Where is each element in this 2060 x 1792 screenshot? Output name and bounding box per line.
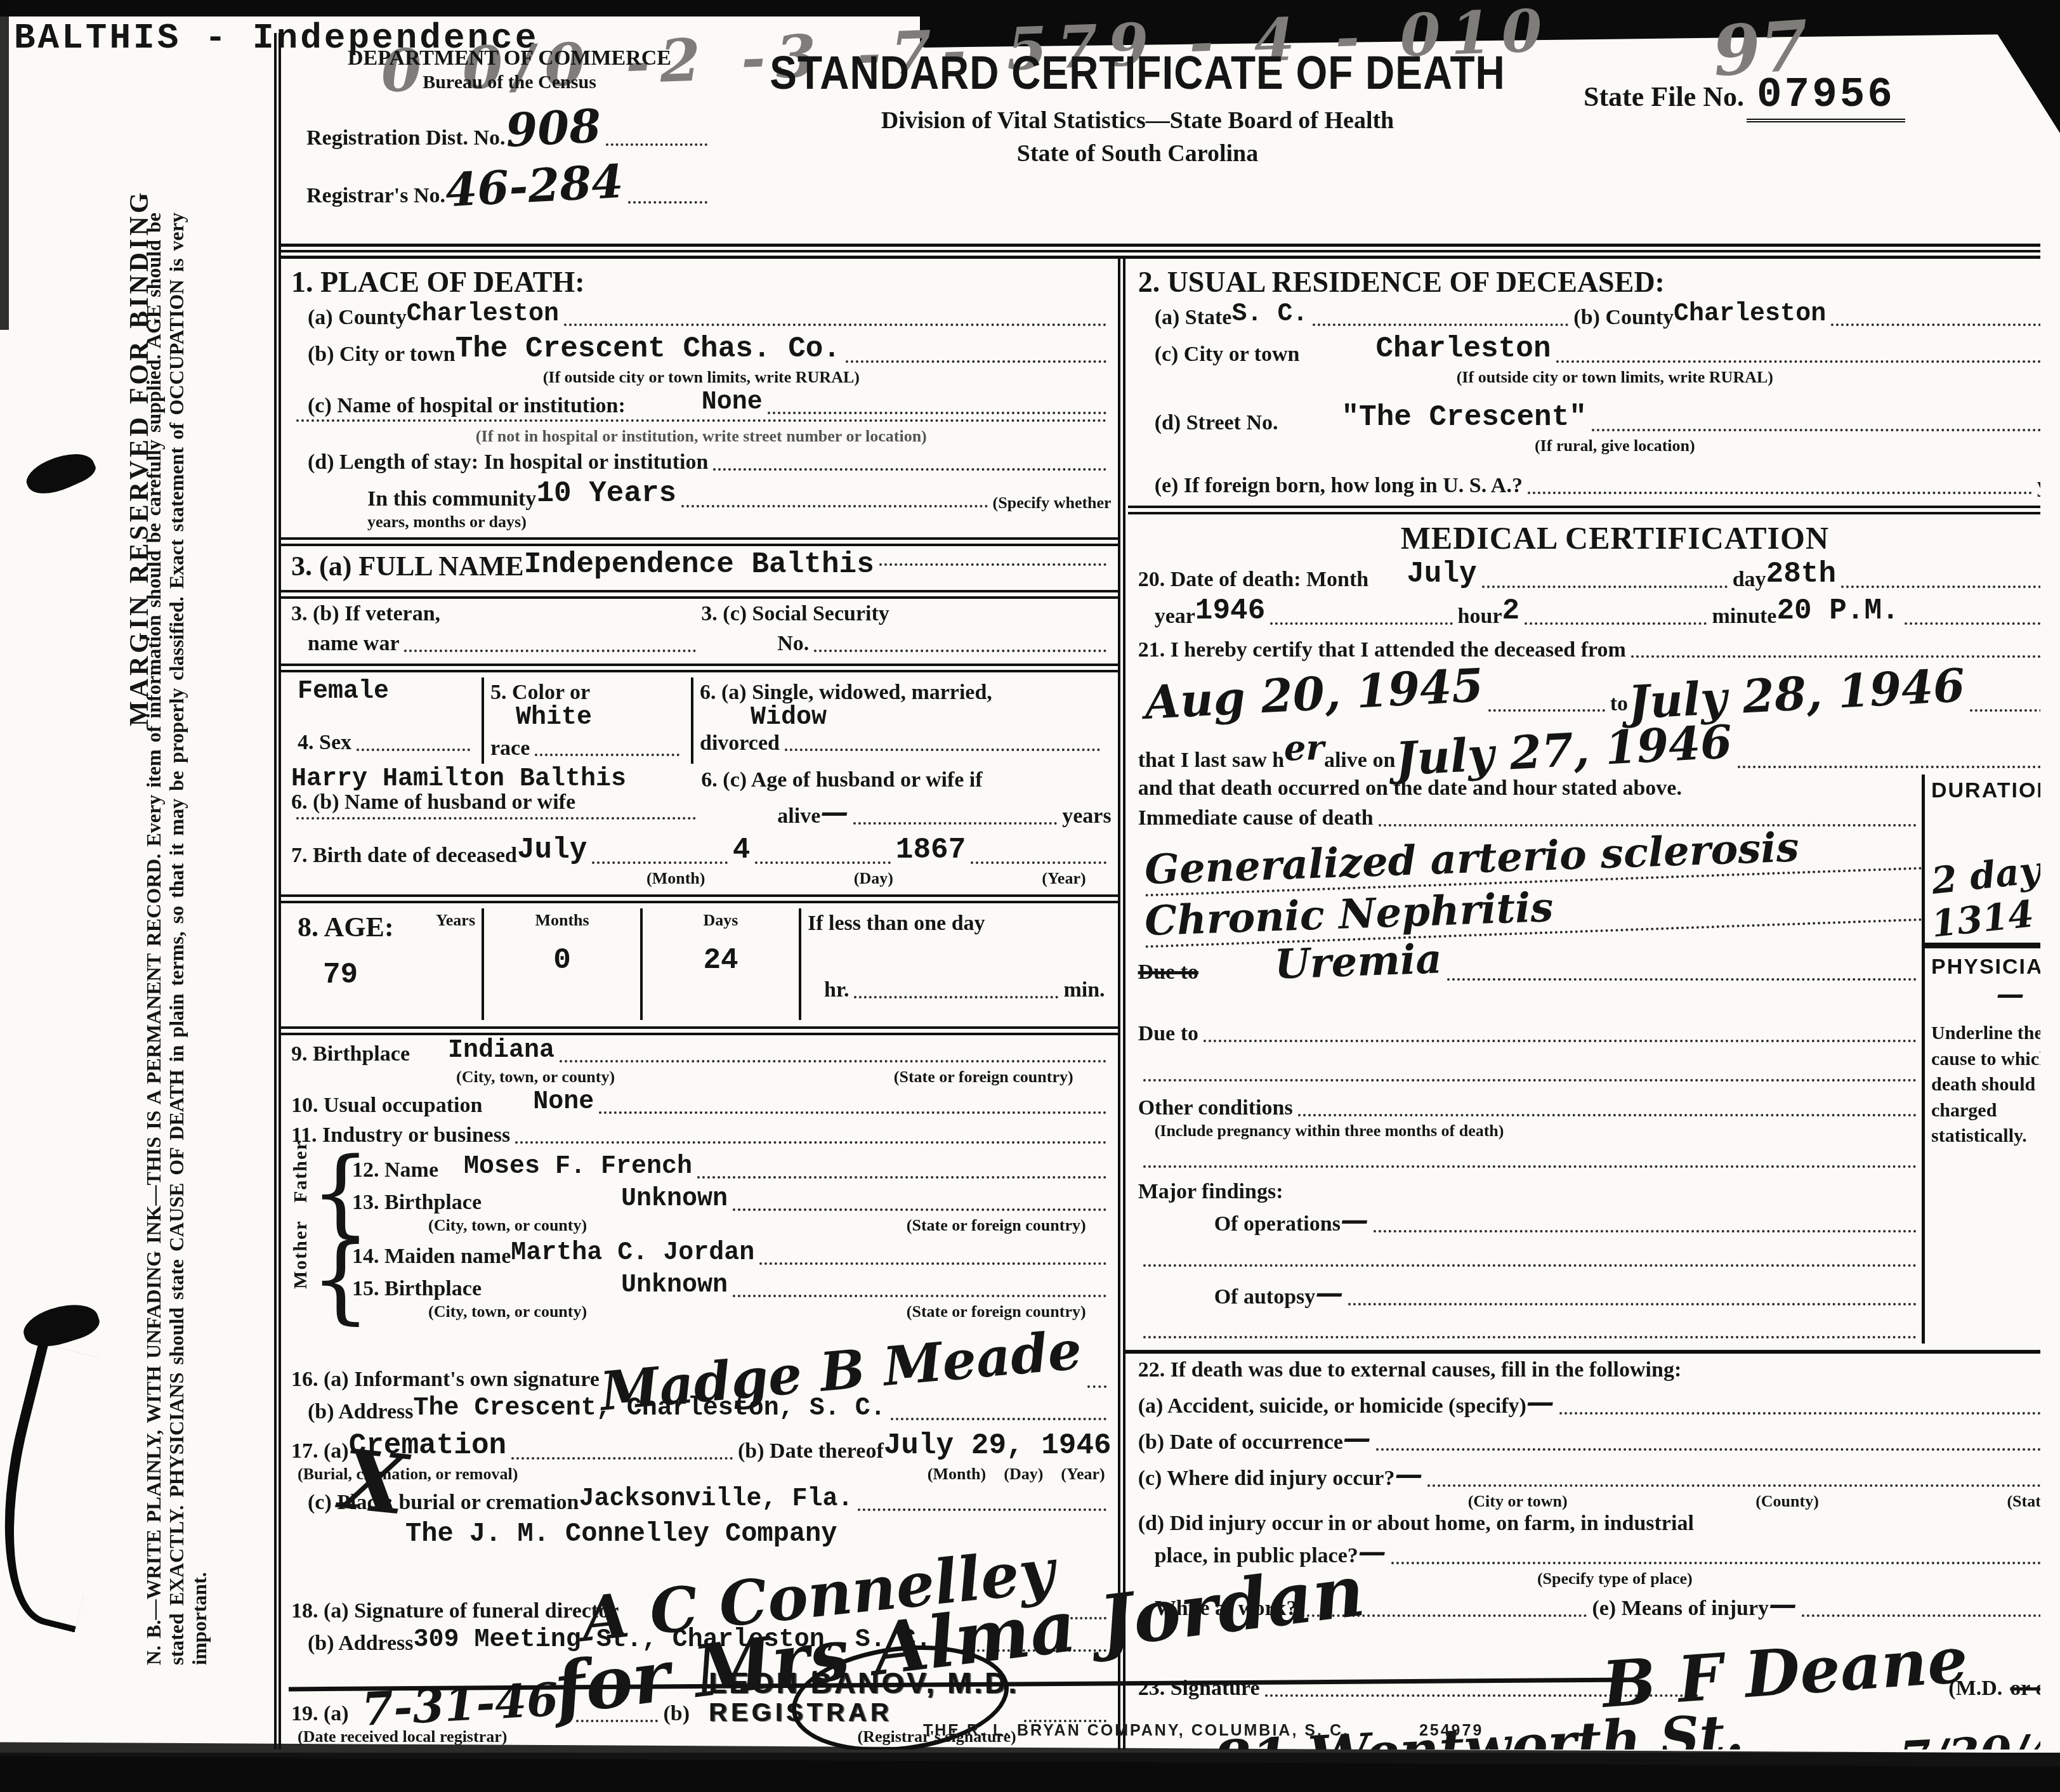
mother-name-value: Martha C. Jordan: [511, 1239, 754, 1267]
mother-bp-note-2: (State or foreign country): [907, 1302, 1086, 1321]
marital-value: Widow: [751, 703, 827, 732]
state-file-block: State File No. 07956: [1584, 71, 2028, 119]
disp-year-note: (Year): [1061, 1465, 1105, 1483]
age-months-value: 0: [490, 944, 634, 977]
age-years-value: 79: [323, 958, 475, 991]
res-state-label: (a) State: [1155, 305, 1232, 331]
veteran-label: 3. (b) If veteran,: [291, 601, 701, 627]
rule: [281, 1026, 1118, 1035]
rule: [281, 537, 1118, 546]
margin-nb-note: N. B.—WRITE PLAINLY, WITH UNFADING INK—T…: [142, 213, 211, 1665]
medical-certification-title: MEDICAL CERTIFICATION: [1138, 520, 2040, 556]
occurrence-date-label: (b) Date of occurrence: [1138, 1430, 1343, 1456]
color-label-1: 5. Color or: [490, 680, 685, 706]
certificate-form: DEPARTMENT OF COMMERCE Bureau of the Cen…: [274, 33, 2040, 1749]
disp-day-note: (Day): [1004, 1465, 1043, 1483]
res-street-value: "The Crescent": [1341, 401, 1586, 434]
rule: [281, 894, 1118, 903]
birthdate-month: July: [517, 834, 587, 867]
color-label-2: race: [490, 736, 530, 762]
birthdate-year: 1867: [896, 834, 966, 867]
age-days-value: 24: [649, 944, 792, 977]
ink-blot: [22, 444, 99, 502]
husband-block: Harry Hamilton Balthis 6. (b) Name of hu…: [291, 768, 701, 830]
physician-signature-value: B F Deane: [1599, 1622, 1969, 1722]
received-label: 19. (a): [291, 1701, 349, 1727]
marital-cell: 6. (a) Single, widowed, married, Widow d…: [691, 677, 1112, 764]
color-cell: 5. Color or White race: [482, 677, 691, 764]
last-saw-label-1: that I last saw h: [1138, 748, 1284, 774]
disposition-date-value: July 29, 1946: [884, 1429, 1112, 1462]
father-name-value: Moses F. French: [464, 1153, 692, 1181]
birthplace-note-2: (State or foreign country): [894, 1068, 1073, 1087]
injury-where-dash: —: [1394, 1458, 1422, 1491]
printer-credit-text: THE R. L. BRYAN COMPANY, COLUMBIA, S. C.: [923, 1722, 1349, 1739]
division-line: Division of Vital Statistics—State Board…: [725, 107, 1550, 134]
means-dash: —: [1769, 1588, 1797, 1621]
injury-where-label: (c) Where did injury occur?: [1138, 1466, 1395, 1492]
rule: [281, 590, 1118, 599]
hr-label: hr.: [824, 978, 849, 1004]
father-bp-note-1: (City, town, or county): [428, 1216, 587, 1235]
veteran-war-label: name war: [308, 631, 399, 657]
veteran-block: 3. (b) If veteran, name war: [291, 601, 701, 657]
full-name-label: 3. (a) FULL NAME: [291, 550, 524, 584]
month-note: (Month): [646, 869, 705, 888]
header-title-block: STANDARD CERTIFICATE OF DEATH Division o…: [725, 49, 1550, 167]
sex-value: Female: [298, 677, 389, 706]
specify-note: (Specify whether: [993, 494, 1112, 513]
mother-label: Mother: [290, 1270, 312, 1289]
city-label: (b) City or town: [308, 342, 456, 368]
injury-city-note: (City or town): [1468, 1492, 1568, 1511]
community-value: 10 Years: [536, 477, 676, 510]
father-bp-note-2: (State or foreign country): [907, 1216, 1086, 1235]
units-note: years, months or days): [367, 513, 527, 532]
father-label: Father: [290, 1184, 312, 1203]
marital-label-1: 6. (a) Single, widowed, married,: [700, 680, 1105, 706]
father-birthplace-value: Unknown: [621, 1185, 728, 1213]
last-saw-er: er: [1284, 728, 1324, 768]
operations-label: Of operations: [1214, 1212, 1341, 1238]
birthdate-label: 7. Birth date of deceased: [291, 843, 517, 869]
date-signed-value: 7/30/46: [1898, 1721, 2040, 1749]
community-label: In this community: [367, 487, 536, 513]
age-months-label: Months: [490, 911, 634, 930]
age-years-label: Years: [436, 911, 475, 930]
mother-birthplace-value: Unknown: [621, 1271, 728, 1300]
registration-district-label: Registration Dist. No.: [306, 126, 506, 152]
immediate-cause-label: Immediate cause of death: [1138, 806, 1374, 832]
mother-block: Mother{ 14. Maiden nameMartha C. Jordan …: [291, 1238, 1112, 1321]
funeral-director-label: 18. (a) Signature of funeral director: [291, 1599, 619, 1625]
duration-physician-column: DURATION 2 days 1314 PHYSICIAN — Underli…: [1922, 775, 2040, 1344]
alive-label: alive: [777, 804, 820, 830]
cause-of-death-block: and that death occurred on the date and …: [1138, 775, 1922, 1344]
day-note: (Day): [854, 869, 893, 888]
pregnancy-note: (Include pregnancy within three months o…: [1155, 1122, 1922, 1141]
res-city-label: (c) City or town: [1155, 342, 1300, 368]
color-value: White: [516, 703, 592, 732]
printer-credit-number: 254979: [1419, 1722, 1483, 1739]
res-street-label: (d) Street No.: [1155, 410, 1278, 436]
department-line: DEPARTMENT OF COMMERCE: [306, 46, 712, 72]
place-of-death-title: 1. PLACE OF DEATH:: [291, 265, 1112, 299]
autopsy-dash: —: [1315, 1277, 1343, 1309]
state-file-label: State File No.: [1584, 81, 1744, 112]
occupation-label: 10. Usual occupation: [291, 1093, 482, 1119]
underline-instruction: Underline the cause to which death shoul…: [1931, 1021, 2040, 1149]
registration-district-value: 908: [504, 98, 602, 157]
res-location-note: (If rural, give location): [1535, 436, 1695, 455]
father-block: Father{ 12. NameMoses F. French 13. Birt…: [291, 1151, 1112, 1235]
disposition-label: 17. (a): [291, 1439, 349, 1465]
autopsy-label: Of autopsy: [1214, 1285, 1316, 1311]
father-name-label: 12. Name: [352, 1158, 438, 1184]
registration-district-row: Registration Dist. No. 908: [306, 97, 712, 151]
rule: [1125, 1350, 2040, 1354]
burial-place-value: Jacksonville, Fla.: [579, 1485, 853, 1514]
death-year-label: year: [1155, 604, 1195, 630]
birthdate-day: 4: [733, 834, 751, 867]
header-rule: [281, 244, 2040, 259]
injury-state-note: (State): [2007, 1492, 2040, 1511]
mother-birthplace-label: 15. Birthplace: [352, 1276, 482, 1302]
injury-home-label-1: (d) Did injury occur in or about home, o…: [1138, 1511, 2040, 1537]
accident-label: (a) Accident, suicide, or homicide (spec…: [1138, 1394, 1526, 1420]
to-word: to: [1610, 691, 1628, 717]
received-date-value: 7-31-46: [360, 1671, 560, 1736]
ssn-block: 3. (c) Social Security No.: [701, 601, 1111, 657]
birthplace-label: 9. Birthplace: [291, 1042, 410, 1068]
death-minute-label: minute: [1712, 604, 1776, 630]
state-file-value: 07956: [1747, 71, 1905, 122]
hospital-value: None: [702, 388, 763, 417]
city-value: The Crescent Chas. Co.: [456, 332, 841, 365]
years-suffix: years: [1062, 804, 1111, 830]
less-than-day-label: If less than one day: [808, 911, 1105, 937]
age-days-label: Days: [649, 911, 792, 930]
ssn-no-label: No.: [777, 631, 809, 657]
accident-dash: —: [1526, 1386, 1554, 1418]
birthplace-value: Indiana: [448, 1037, 554, 1065]
street-note: (If not in hospital or institution, writ…: [476, 427, 927, 446]
informant-address-label: (b) Address: [308, 1399, 414, 1425]
place-type-note: (Specify type of place): [1537, 1569, 1693, 1588]
disposition-date-label: (b) Date thereof: [738, 1439, 884, 1465]
age-months-cell: Months 0: [482, 908, 640, 1020]
husband-label: 6. (b) Name of husband or wife: [291, 790, 575, 816]
death-hour-label: hour: [1458, 604, 1502, 630]
age-days-cell: Days 24: [640, 908, 799, 1020]
physician-dash: —: [1931, 978, 2040, 1010]
age-label: 8. AGE:: [298, 911, 394, 945]
injury-county-note: (County): [1755, 1492, 1819, 1511]
year-note: (Year): [1042, 869, 1086, 888]
certificate-title: STANDARD CERTIFICATE OF DEATH: [725, 46, 1550, 100]
foreign-born-suffix: years.: [2037, 473, 2040, 499]
mother-name-label: 14. Maiden name: [352, 1244, 511, 1270]
age-cell: 8. AGE:Years 79: [291, 908, 482, 1020]
right-column: 2. USUAL RESIDENCE OF DECEASED: (a) Stat…: [1118, 259, 2040, 1749]
last-saw-label-2: alive on: [1324, 748, 1395, 774]
res-state-value: S. C.: [1231, 300, 1308, 329]
death-minute-value: 20 P.M.: [1776, 594, 1899, 627]
death-month-value: July: [1407, 558, 1476, 591]
death-certificate-scan: BALTHIS - Independence 0 0/0 -2 -3 -7- 5…: [0, 0, 2060, 1792]
certify-line: 21. I hereby certify that I attended the…: [1138, 638, 1626, 664]
registrar-no-label: Registrar's No.: [306, 183, 445, 209]
duration-label: DURATION: [1931, 778, 2040, 803]
foreign-born-label: (e) If foreign born, how long in U. S. A…: [1155, 473, 1523, 499]
due-to-value-1: Uremia: [1274, 935, 1443, 988]
spouse-age-block: 6. (c) Age of husband or wife if alive—y…: [701, 768, 1111, 830]
registrar-no-row: Registrar's No. 46-284: [306, 155, 712, 209]
header-agency-block: DEPARTMENT OF COMMERCE Bureau of the Cen…: [306, 46, 712, 209]
death-hour-value: 2: [1502, 594, 1520, 627]
scan-edge-left: [0, 0, 9, 330]
means-of-injury-label: (e) Means of injury: [1592, 1596, 1769, 1622]
operations-dash: —: [1341, 1204, 1368, 1236]
registrar-no-value: 46-284: [444, 154, 624, 218]
injury-home-dash: —: [1358, 1536, 1386, 1568]
informant-signature-label: 16. (a) Informant's own signature: [291, 1367, 600, 1393]
printer-credit: THE R. L. BRYAN COMPANY, COLUMBIA, S. C.…: [923, 1722, 1483, 1740]
husband-value: Harry Hamilton Balthis: [291, 765, 701, 794]
physician-label: PHYSICIAN: [1931, 955, 2040, 979]
death-day-label: day: [1733, 567, 1766, 593]
due-to-label-1: Due to: [1138, 960, 1198, 986]
less-than-day-cell: If less than one day hr.min.: [799, 908, 1112, 1020]
external-causes-title: 22. If death was due to external causes,…: [1138, 1357, 2040, 1383]
spouse-age-label: 6. (c) Age of husband or wife if: [701, 768, 1111, 794]
due-to-label-2: Due to: [1138, 1021, 1198, 1047]
county-label: (a) County: [308, 305, 407, 331]
occurrence-dash: —: [1343, 1422, 1371, 1455]
md-other-label: or other): [2010, 1676, 2040, 1702]
left-column: 1. PLACE OF DEATH: (a) CountyCharleston …: [281, 259, 1118, 1749]
min-label: min.: [1063, 978, 1105, 1004]
length-of-stay-label: (d) Length of stay: In hospital or insti…: [308, 450, 708, 476]
res-rural-note: (If outside city or town limits, write R…: [1457, 368, 1773, 387]
ssn-label: 3. (c) Social Security: [701, 601, 1111, 627]
sex-cell: Female 4. Sex: [291, 677, 482, 764]
state-line: State of South Carolina: [725, 140, 1550, 167]
sex-label: 4. Sex: [298, 730, 351, 756]
pen-stroke: [0, 1342, 141, 1632]
spouse-age-value: —: [820, 796, 848, 828]
form-header: DEPARTMENT OF COMMERCE Bureau of the Cen…: [281, 33, 2040, 244]
marital-label-2: divorced: [700, 731, 780, 757]
mother-bp-note-1: (City, town, or county): [428, 1302, 587, 1321]
full-name-value: Independence Balthis: [524, 548, 874, 581]
res-county-value: Charleston: [1674, 300, 1826, 329]
birthplace-note-1: (City, town, or county): [456, 1068, 615, 1087]
rule: [1128, 506, 2040, 514]
other-conditions-label: Other conditions: [1138, 1095, 1293, 1122]
attended-from-value: Aug 20, 1945: [1143, 658, 1485, 729]
funeral-address-label: (b) Address: [308, 1631, 414, 1657]
residence-title: 2. USUAL RESIDENCE OF DECEASED:: [1138, 265, 2040, 299]
rural-note: (If outside city or town limits, write R…: [543, 368, 860, 387]
death-date-label: 20. Date of death: Month: [1138, 567, 1369, 593]
res-city-value: Charleston: [1375, 332, 1551, 365]
informant-x-mark: X: [337, 1430, 410, 1534]
bureau-line: Bureau of the Census: [306, 72, 712, 94]
disp-month-note: (Month): [928, 1465, 986, 1483]
county-value: Charleston: [407, 300, 559, 329]
rule: [281, 664, 1118, 672]
occupation-value: None: [533, 1088, 594, 1116]
father-birthplace-label: 13. Birthplace: [352, 1190, 482, 1216]
ink-blot: [19, 1296, 103, 1354]
hospital-label: (c) Name of hospital or institution:: [308, 393, 626, 419]
major-findings-label: Major findings:: [1138, 1179, 1922, 1205]
res-county-label: (b) County: [1573, 305, 1674, 331]
death-year-value: 1946: [1195, 594, 1265, 627]
death-day-value: 28th: [1766, 558, 1836, 591]
